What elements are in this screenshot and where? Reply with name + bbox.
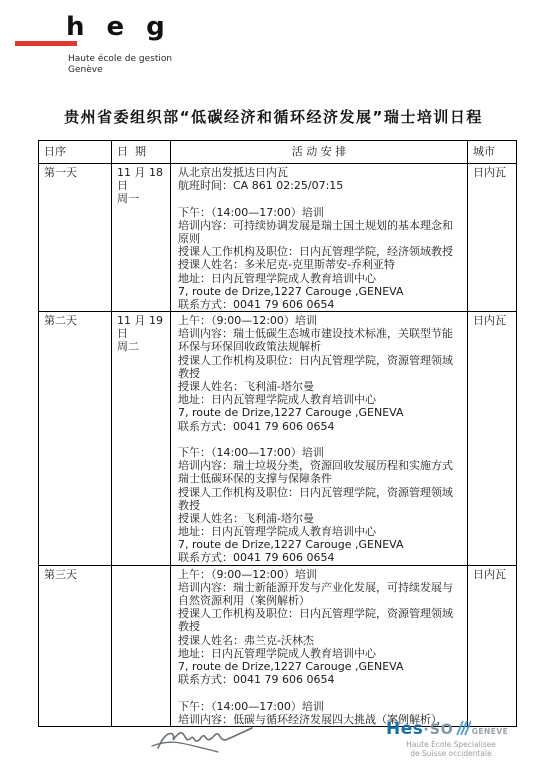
date-line: 周一: [117, 192, 166, 205]
activity-line: 联系方式：0041 79 606 0654: [178, 420, 463, 433]
city-cell: 日内瓦: [468, 312, 517, 566]
activity-line: 授课人姓名：弗兰克-沃林杰: [178, 634, 463, 647]
activity-line: 原则: [178, 232, 463, 245]
activity-line: 联系方式：0041 79 606 0654: [178, 551, 463, 564]
day-cell: 第二天: [39, 312, 112, 566]
date-line: 11 月 19 日: [117, 314, 166, 340]
activity-line: [178, 433, 463, 446]
activity-lines: 从北京出发抵达日内瓦航班时间：CA 861 02:25/07:15 下午：（14…: [178, 166, 463, 311]
table-header: 日序 日 期 活 动 安 排 城市: [39, 141, 517, 164]
activity-line: 瑞士低碳环保的支撑与保障条件: [178, 472, 463, 485]
table-row: 第二天11 月 19 日周二上午：（9:00—12:00）培训培训内容：瑞士低碳…: [39, 312, 517, 566]
day-label: 第一天: [44, 166, 107, 179]
activity-line: [178, 686, 463, 699]
date-line: 11 月 18 日: [117, 166, 166, 192]
activity-cell: 上午：（9:00—12:00）培训培训内容：瑞士低碳生态城市建设技术标准，关联型…: [171, 312, 468, 566]
activity-line: 7, route de Drize,1227 Carouge ,GENEVA: [178, 285, 463, 298]
activity-line: 授课人工作机构及职位：日内瓦管理学院，资源管理领域: [178, 486, 463, 499]
activity-line: 上午：（9:00—12:00）培训: [178, 314, 463, 327]
table-row: 第一天11 月 18 日周一从北京出发抵达日内瓦航班时间：CA 861 02:2…: [39, 164, 517, 312]
activity-lines: 上午：（9:00—12:00）培训培训内容：瑞士低碳生态城市建设技术标准，关联型…: [178, 314, 463, 565]
activity-line: 地址：日内瓦管理学院成人教育培训中心: [178, 393, 463, 406]
hesso-logo: Hes·SOGENÈVE Haute Ecole Specialisee de …: [386, 718, 516, 758]
city-cell: 日内瓦: [468, 565, 517, 726]
activity-line: 教授: [178, 620, 463, 633]
activity-line: 联系方式：0041 79 606 0654: [178, 673, 463, 686]
activity-line: 下午：（14:00—17:00）培训: [178, 700, 463, 713]
signature-image: [148, 716, 278, 764]
activity-line: 培训内容：可持续协调发展是瑞士国土规划的基本理念和: [178, 219, 463, 232]
date-cell: 11 月 18 日周一: [112, 164, 171, 312]
hesso-logo-wordmark: Hes·SOGENÈVE: [386, 718, 516, 739]
activity-line: 教授: [178, 367, 463, 380]
day-label: 第二天: [44, 314, 107, 327]
activity-line: 授课人姓名：多米尼克-克里斯蒂安-乔利亚特: [178, 258, 463, 271]
activity-line: 教授: [178, 499, 463, 512]
header-city: 城市: [468, 141, 517, 164]
header-date: 日 期: [112, 141, 171, 164]
hesso-slashes-icon: [455, 720, 471, 740]
activity-cell: 从北京出发抵达日内瓦航班时间：CA 861 02:25/07:15 下午：（14…: [171, 164, 468, 312]
activity-line: 授课人姓名：飞利浦-塔尔曼: [178, 380, 463, 393]
activity-line: 从北京出发抵达日内瓦: [178, 166, 463, 179]
hesso-hes-text: Hes: [386, 719, 423, 739]
table-row: 第三天上午：（9:00—12:00）培训培训内容：瑞士新能源开发与产业化发展，可…: [39, 565, 517, 726]
day-label: 第三天: [44, 568, 107, 581]
activity-line: 航班时间：CA 861 02:25/07:15: [178, 179, 463, 192]
activity-lines: 上午：（9:00—12:00）培训培训内容：瑞士新能源开发与产业化发展，可持续发…: [178, 568, 463, 726]
city-cell: 日内瓦: [468, 164, 517, 312]
city-label: 日内瓦: [473, 314, 512, 327]
activity-line: 下午：（14:00—17:00）培训: [178, 206, 463, 219]
activity-line: 7, route de Drize,1227 Carouge ,GENEVA: [178, 660, 463, 673]
day-cell: 第一天: [39, 164, 112, 312]
header-day: 日序: [39, 141, 112, 164]
city-label: 日内瓦: [473, 568, 512, 581]
activity-line: 7, route de Drize,1227 Carouge ,GENEVA: [178, 406, 463, 419]
activity-line: [178, 192, 463, 205]
hesso-subtitle-line1: Haute Ecole Specialisee: [386, 740, 516, 749]
day-cell: 第三天: [39, 565, 112, 726]
activity-line: 培训内容：瑞士新能源开发与产业化发展，可持续发展与: [178, 581, 463, 594]
activity-line: 联系方式：0041 79 606 0654: [178, 298, 463, 311]
activity-line: 地址：日内瓦管理学院成人教育培训中心: [178, 647, 463, 660]
schedule-body: 第一天11 月 18 日周一从北京出发抵达日内瓦航班时间：CA 861 02:2…: [39, 164, 517, 727]
hesso-subtitle-line2: de Suisse occidentale: [386, 749, 516, 758]
date-cell: 11 月 19 日周二: [112, 312, 171, 566]
activity-line: 授课人姓名：飞利浦-塔尔曼: [178, 512, 463, 525]
schedule-table: 日序 日 期 活 动 安 排 城市 第一天11 月 18 日周一从北京出发抵达日…: [38, 140, 517, 727]
activity-line: 地址：日内瓦管理学院成人教育培训中心: [178, 272, 463, 285]
activity-line: 下午：（14:00—17:00）培训: [178, 446, 463, 459]
activity-line: 授课人工作机构及职位：日内瓦管理学院，经济领域教授: [178, 245, 463, 258]
date-line: 周二: [117, 340, 166, 353]
activity-line: 自然资源利用（案例解析）: [178, 594, 463, 607]
heg-logo-letters: heg: [66, 12, 187, 42]
hesso-geneve-text: GENÈVE: [472, 727, 509, 736]
header-row: 日序 日 期 活 动 安 排 城市: [39, 141, 517, 164]
heg-subtitle-line1: Haute école de gestion: [68, 54, 172, 65]
activity-line: 培训内容：瑞士垃圾分类，资源回收发展历程和实施方式: [178, 459, 463, 472]
activity-line: 7, route de Drize,1227 Carouge ,GENEVA: [178, 538, 463, 551]
activity-line: 上午：（9:00—12:00）培训: [178, 568, 463, 581]
activity-line: 培训内容：瑞士低碳生态城市建设技术标准，关联型节能: [178, 327, 463, 340]
heg-subtitle-line2: Genève: [68, 65, 172, 76]
page-title: 贵州省委组织部“低碳经济和循环经济发展”瑞士培训日程: [0, 106, 547, 127]
activity-line: 地址：日内瓦管理学院成人教育培训中心: [178, 525, 463, 538]
heg-logo-red-bar-icon: [15, 41, 77, 46]
activity-cell: 上午：（9:00—12:00）培训培训内容：瑞士新能源开发与产业化发展，可持续发…: [171, 565, 468, 726]
header-activity: 活 动 安 排: [171, 141, 468, 164]
activity-line: 授课人工作机构及职位：日内瓦管理学院，资源管理领域: [178, 354, 463, 367]
date-cell: [112, 565, 171, 726]
document-page: heg Haute école de gestion Genève 贵州省委组织…: [0, 0, 547, 774]
activity-line: 环保与环保回收政策法规解析: [178, 340, 463, 353]
city-label: 日内瓦: [473, 166, 512, 179]
heg-logo-subtitle: Haute école de gestion Genève: [68, 54, 172, 76]
hesso-subtitle: Haute Ecole Specialisee de Suisse occide…: [386, 740, 516, 758]
activity-line: 授课人工作机构及职位：日内瓦管理学院，资源管理领域: [178, 607, 463, 620]
hesso-so-text: ·SO: [423, 722, 453, 738]
